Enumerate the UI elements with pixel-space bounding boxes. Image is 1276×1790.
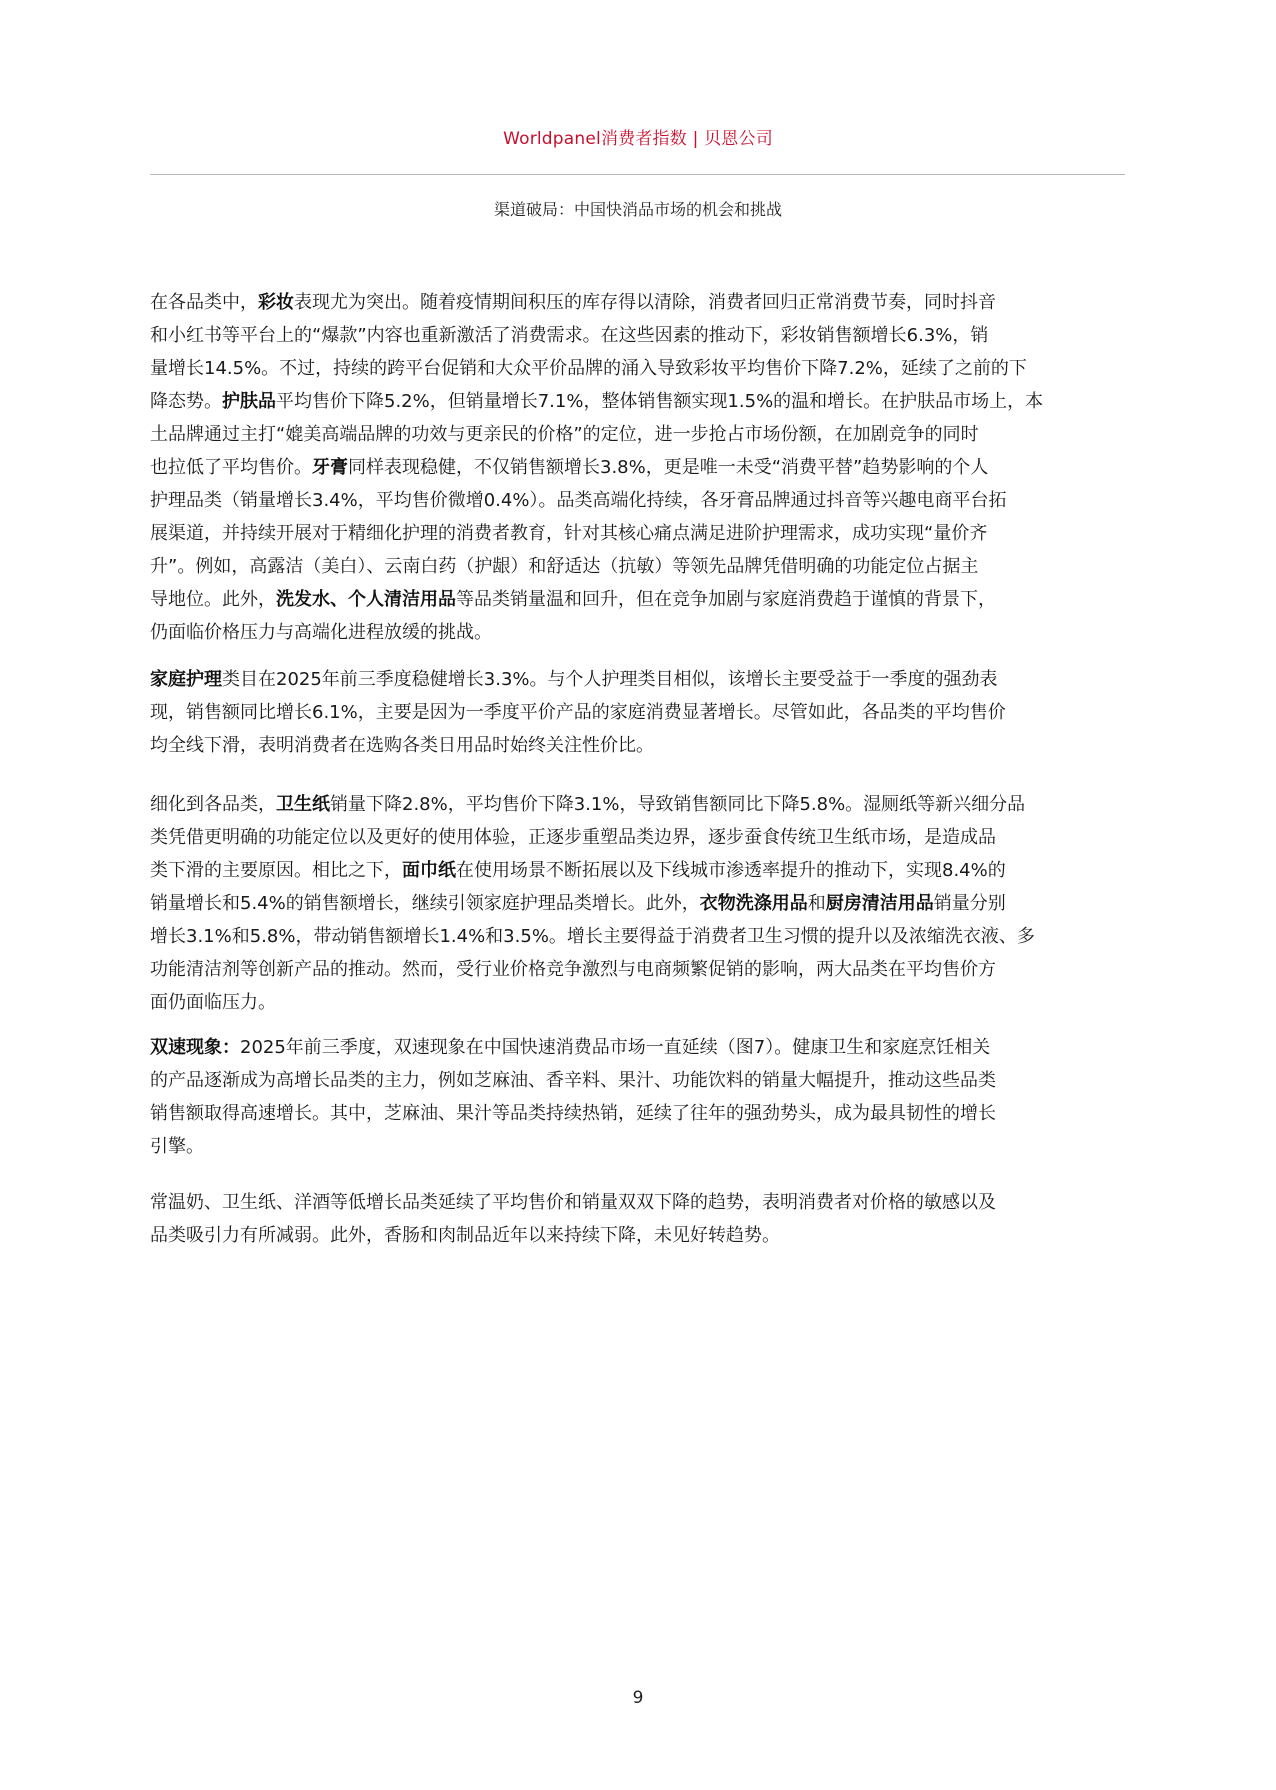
text-run: 面仍面临压力。: [150, 992, 276, 1013]
text-run: 类目在2025年前三季度稳健增长3.3%。与个人护理类目相似，该增长主要受益于一…: [222, 669, 998, 690]
text-run: 销售额取得高速增长。其中，芝麻油、果汁等品类持续热销，延续了往年的强劲势头，成为…: [150, 1103, 996, 1124]
bold-term: 衣物洗涤用品: [700, 893, 808, 914]
text-line: 常温奶、卫生纸、洋酒等低增长品类延续了平均售价和销量双双下降的趋势，表明消费者对…: [150, 1186, 1130, 1219]
paragraph: 常温奶、卫生纸、洋酒等低增长品类延续了平均售价和销量双双下降的趋势，表明消费者对…: [150, 1186, 1130, 1252]
text-run: 降态势。: [150, 391, 222, 412]
text-line: 的产品逐渐成为高增长品类的主力，例如芝麻油、香辛料、果汁、功能饮料的销量大幅提升…: [150, 1064, 1130, 1097]
text-line: 品类吸引力有所减弱。此外，香肠和肉制品近年以来持续下降，未见好转趋势。: [150, 1219, 1130, 1252]
text-run: 平均售价下降5.2%，但销量增长7.1%，整体销售额实现1.5%的温和增长。在护…: [276, 391, 1043, 412]
text-run: 2025年前三季度，双速现象在中国快速消费品市场一直延续（图7）。健康卫生和家庭…: [240, 1037, 990, 1058]
paragraph: 细化到各品类，卫生纸销量下降2.8%，平均售价下降3.1%，导致销售额同比下降5…: [150, 788, 1130, 1019]
report-subtitle: 渠道破局：中国快消品市场的机会和挑战: [0, 197, 1276, 220]
text-run: 细化到各品类，: [150, 794, 276, 815]
text-line: 细化到各品类，卫生纸销量下降2.8%，平均售价下降3.1%，导致销售额同比下降5…: [150, 788, 1130, 821]
text-run: 销量下降2.8%，平均售价下降3.1%，导致销售额同比下降5.8%。湿厕纸等新兴…: [330, 794, 1025, 815]
text-line: 家庭护理类目在2025年前三季度稳健增长3.3%。与个人护理类目相似，该增长主要…: [150, 663, 1130, 696]
text-line: 销量增长和5.4%的销售额增长，继续引领家庭护理品类增长。此外，衣物洗涤用品和厨…: [150, 887, 1130, 920]
text-line: 类凭借更明确的功能定位以及更好的使用体验，正逐步重塑品类边界，逐步蚕食传统卫生纸…: [150, 821, 1130, 854]
report-brand-header: Worldpanel消费者指数 | 贝恩公司: [0, 124, 1276, 149]
text-run: 在各品类中，: [150, 292, 258, 313]
text-run: 表现尤为突出。随着疫情期间积压的库存得以清除，消费者回归正常消费节奏，同时抖音: [294, 292, 996, 313]
text-run: 引擎。: [150, 1136, 204, 1157]
text-run: 升”。例如，高露洁（美白）、云南白药（护龈）和舒适达（抗敏）等领先品牌凭借明确的…: [150, 556, 978, 577]
text-line: 销售额取得高速增长。其中，芝麻油、果汁等品类持续热销，延续了往年的强劲势头，成为…: [150, 1097, 1130, 1130]
bold-term: 卫生纸: [276, 794, 330, 815]
bold-term: 双速现象：: [150, 1037, 240, 1058]
text-run: 的产品逐渐成为高增长品类的主力，例如芝麻油、香辛料、果汁、功能饮料的销量大幅提升…: [150, 1070, 996, 1091]
text-line: 升”。例如，高露洁（美白）、云南白药（护龈）和舒适达（抗敏）等领先品牌凭借明确的…: [150, 550, 1130, 583]
text-line: 护理品类（销量增长3.4%，平均售价微增0.4%）。品类高端化持续，各牙膏品牌通…: [150, 484, 1130, 517]
text-line: 仍面临价格压力与高端化进程放缓的挑战。: [150, 616, 1130, 649]
bold-term: 厨房清洁用品: [826, 893, 934, 914]
text-run: 等品类销量温和回升，但在竞争加剧与家庭消费趋于谨慎的背景下，: [456, 589, 996, 610]
text-line: 类下滑的主要原因。相比之下，面巾纸在使用场景不断拓展以及下线城市渗透率提升的推动…: [150, 854, 1130, 887]
text-line: 面仍面临压力。: [150, 986, 1130, 1019]
text-line: 导地位。此外，洗发水、个人清洁用品等品类销量温和回升，但在竞争加剧与家庭消费趋于…: [150, 583, 1130, 616]
text-line: 现，销售额同比增长6.1%，主要是因为一季度平价产品的家庭消费显著增长。尽管如此…: [150, 696, 1130, 729]
text-run: 在使用场景不断拓展以及下线城市渗透率提升的推动下，实现8.4%的: [456, 860, 1006, 881]
text-run: 量增长14.5%。不过，持续的跨平台促销和大众平价品牌的涌入导致彩妆平均售价下降…: [150, 358, 1027, 379]
text-line: 降态势。护肤品平均售价下降5.2%，但销量增长7.1%，整体销售额实现1.5%的…: [150, 385, 1130, 418]
text-run: 同样表现稳健，不仅销售额增长3.8%，更是唯一未受“消费平替”趋势影响的个人: [348, 457, 988, 478]
text-run: 导地位。此外，: [150, 589, 276, 610]
paragraph: 双速现象：2025年前三季度，双速现象在中国快速消费品市场一直延续（图7）。健康…: [150, 1031, 1130, 1163]
text-run: 现，销售额同比增长6.1%，主要是因为一季度平价产品的家庭消费显著增长。尽管如此…: [150, 702, 1006, 723]
bold-term: 护肤品: [222, 391, 276, 412]
bold-term: 面巾纸: [402, 860, 456, 881]
bold-term: 家庭护理: [150, 669, 222, 690]
text-line: 和小红书等平台上的“爆款”内容也重新激活了消费需求。在这些因素的推动下，彩妆销售…: [150, 319, 1130, 352]
text-line: 引擎。: [150, 1130, 1130, 1163]
text-run: 类凭借更明确的功能定位以及更好的使用体验，正逐步重塑品类边界，逐步蚕食传统卫生纸…: [150, 827, 996, 848]
bold-term: 彩妆: [258, 292, 294, 313]
header-divider: [150, 174, 1125, 175]
paragraph: 在各品类中，彩妆表现尤为突出。随着疫情期间积压的库存得以清除，消费者回归正常消费…: [150, 286, 1130, 649]
text-run: 销量分别: [934, 893, 1006, 914]
text-run: 展渠道，并持续开展对于精细化护理的消费者教育，针对其核心痛点满足进阶护理需求，成…: [150, 523, 987, 544]
text-line: 土品牌通过主打“媲美高端品牌的功效与更亲民的价格”的定位，进一步抢占市场份额，在…: [150, 418, 1130, 451]
page-number: 9: [0, 1688, 1276, 1708]
text-line: 展渠道，并持续开展对于精细化护理的消费者教育，针对其核心痛点满足进阶护理需求，成…: [150, 517, 1130, 550]
text-line: 功能清洁剂等创新产品的推动。然而，受行业价格竞争激烈与电商频繁促销的影响，两大品…: [150, 953, 1130, 986]
text-run: 销量增长和5.4%的销售额增长，继续引领家庭护理品类增长。此外，: [150, 893, 700, 914]
text-run: 和: [808, 893, 826, 914]
text-run: 也拉低了平均售价。: [150, 457, 312, 478]
text-line: 量增长14.5%。不过，持续的跨平台促销和大众平价品牌的涌入导致彩妆平均售价下降…: [150, 352, 1130, 385]
paragraph: 家庭护理类目在2025年前三季度稳健增长3.3%。与个人护理类目相似，该增长主要…: [150, 663, 1130, 762]
text-run: 增长3.1%和5.8%，带动销售额增长1.4%和3.5%。增长主要得益于消费者卫…: [150, 926, 1035, 947]
text-run: 仍面临价格压力与高端化进程放缓的挑战。: [150, 622, 492, 643]
text-run: 均全线下滑，表明消费者在选购各类日用品时始终关注性价比。: [150, 735, 654, 756]
text-run: 常温奶、卫生纸、洋酒等低增长品类延续了平均售价和销量双双下降的趋势，表明消费者对…: [150, 1192, 996, 1213]
text-run: 类下滑的主要原因。相比之下，: [150, 860, 402, 881]
bold-term: 牙膏: [312, 457, 348, 478]
text-line: 在各品类中，彩妆表现尤为突出。随着疫情期间积压的库存得以清除，消费者回归正常消费…: [150, 286, 1130, 319]
bold-term: 洗发水、个人清洁用品: [276, 589, 456, 610]
text-line: 均全线下滑，表明消费者在选购各类日用品时始终关注性价比。: [150, 729, 1130, 762]
text-line: 双速现象：2025年前三季度，双速现象在中国快速消费品市场一直延续（图7）。健康…: [150, 1031, 1130, 1064]
text-run: 和小红书等平台上的“爆款”内容也重新激活了消费需求。在这些因素的推动下，彩妆销售…: [150, 325, 988, 346]
text-line: 增长3.1%和5.8%，带动销售额增长1.4%和3.5%。增长主要得益于消费者卫…: [150, 920, 1130, 953]
text-line: 也拉低了平均售价。牙膏同样表现稳健，不仅销售额增长3.8%，更是唯一未受“消费平…: [150, 451, 1130, 484]
text-run: 功能清洁剂等创新产品的推动。然而，受行业价格竞争激烈与电商频繁促销的影响，两大品…: [150, 959, 996, 980]
text-run: 土品牌通过主打“媲美高端品牌的功效与更亲民的价格”的定位，进一步抢占市场份额，在…: [150, 424, 979, 445]
text-run: 品类吸引力有所减弱。此外，香肠和肉制品近年以来持续下降，未见好转趋势。: [150, 1225, 780, 1246]
text-run: 护理品类（销量增长3.4%，平均售价微增0.4%）。品类高端化持续，各牙膏品牌通…: [150, 490, 1006, 511]
